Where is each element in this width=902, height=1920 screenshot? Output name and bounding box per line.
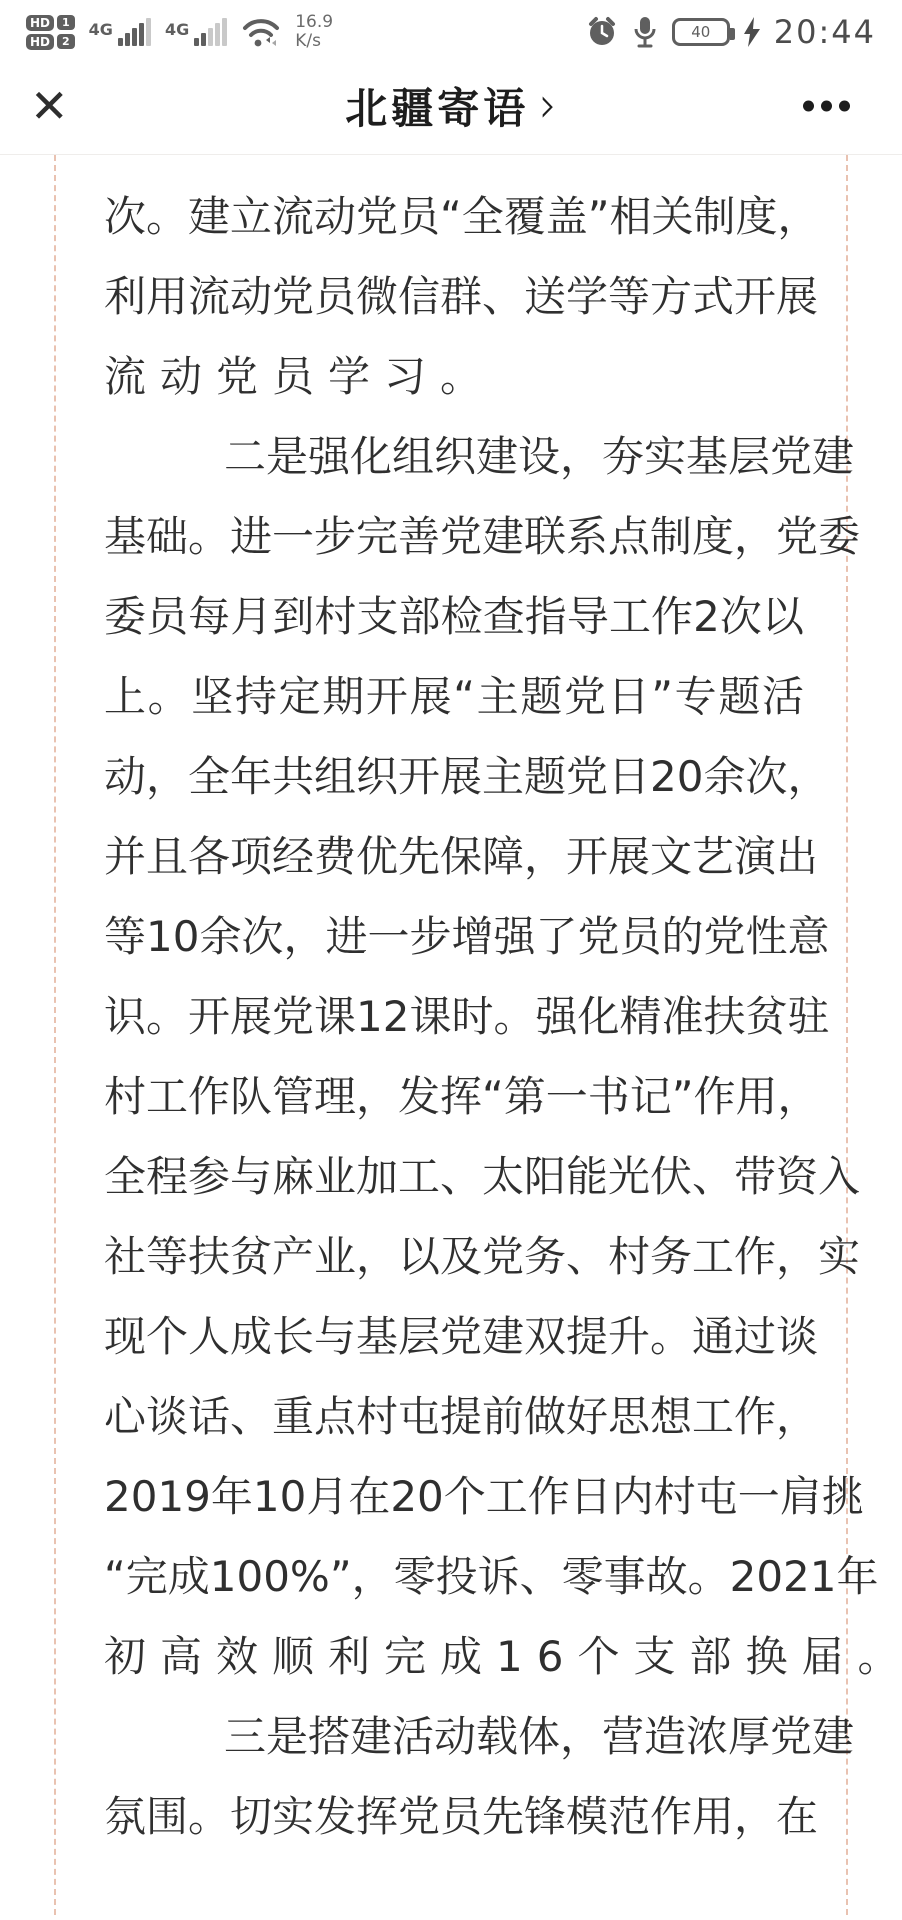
document-line: 全程参与麻业加工、太阳能光伏、带资入 [104,1137,804,1217]
network2-label: 4G [165,20,189,39]
sim1-badge: 1 [57,15,75,30]
more-menu-button[interactable] [803,101,850,112]
document-line: 利用流动党员微信群、送学等方式开展 [104,257,804,337]
title-bar: ✕ 北疆寄语 › [0,58,902,154]
microphone-icon [632,15,658,49]
signal-sim2-icon: 4G [165,18,227,46]
document-line: 基础。进一步完善党建联系点制度，党委 [104,497,804,577]
document-line: 上。坚持定期开展“主题党日”专题活 [104,657,804,737]
hd2-icon: HD [26,34,54,50]
document-line: 动，全年共组织开展主题党日20余次， [104,737,804,817]
hd1-icon: HD [26,15,54,31]
page-title: 北疆寄语 [345,76,529,136]
wifi-icon [241,16,281,48]
network1-label: 4G [89,20,113,39]
document-line: 流动党员学习。 [104,337,804,417]
document-line: 现个人成长与基层党建双提升。通过谈 [104,1297,804,1377]
network-speed: 16.9 K/s [295,13,333,51]
document-line: “完成100%”，零投诉、零事故。2021年 [104,1537,804,1617]
document-line: 三是搭建活动载体，营造浓厚党建 [104,1697,804,1777]
sim2-badge: 2 [57,34,75,49]
battery-icon: 40 [672,18,730,46]
chevron-right-icon: › [539,81,557,132]
document-line: 社等扶贫产业，以及党务、村务工作，实 [104,1217,804,1297]
charging-icon [744,17,760,47]
battery-level: 40 [691,23,710,41]
clock-time: 20:44 [774,13,876,51]
status-bar: HD 1 HD 2 4G 4G [0,0,902,58]
page-title-group[interactable]: 北疆寄语 › [345,76,557,136]
document-line: 氛围。切实发挥党员先锋模范作用，在 [104,1777,804,1857]
document-content[interactable]: 次。建立流动党员“全覆盖”相关制度，利用流动党员微信群、送学等方式开展流动党员学… [54,155,848,1915]
document-line: 初高效顺利完成16个支部换届。 [104,1617,804,1697]
hd-volte-badges: HD 1 HD 2 [26,15,75,50]
document-line: 委员每月到村支部检查指导工作2次以 [104,577,804,657]
close-icon[interactable]: ✕ [30,83,69,129]
alarm-icon [586,16,618,48]
document-line: 并且各项经费优先保障，开展文艺演出 [104,817,804,897]
document-line: 二是强化组织建设，夯实基层党建 [104,417,804,497]
document-line: 等10余次，进一步增强了党员的党性意 [104,897,804,977]
document-line: 识。开展党课12课时。强化精准扶贫驻 [104,977,804,1057]
document-line: 村工作队管理，发挥“第一书记”作用， [104,1057,804,1137]
document-line: 次。建立流动党员“全覆盖”相关制度， [104,177,804,257]
document-line: 心谈话、重点村屯提前做好思想工作， [104,1377,804,1457]
signal-sim1-icon: 4G [89,18,151,46]
document-line: 2019年10月在20个工作日内村屯一肩挑 [104,1457,804,1537]
